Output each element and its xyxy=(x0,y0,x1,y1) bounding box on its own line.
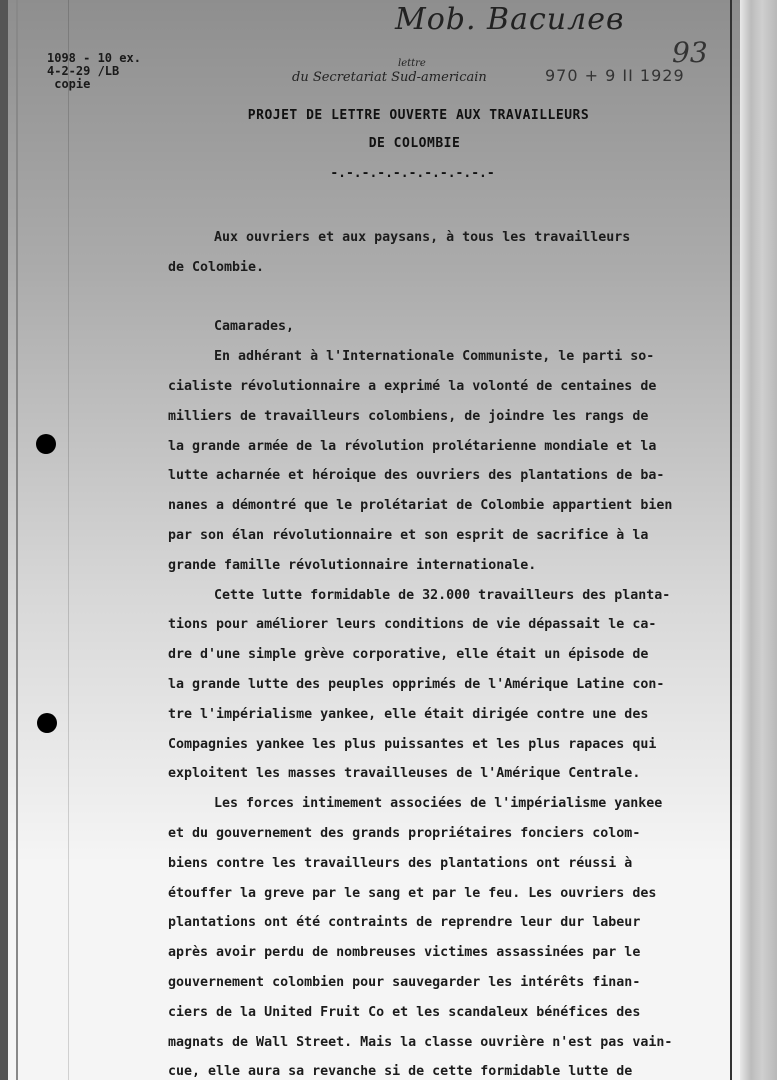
text-line: par son élan révolutionnaire et son espr… xyxy=(168,521,728,551)
greeting-line: de Colombie. xyxy=(168,253,728,283)
margin-line-faint xyxy=(68,0,69,1080)
text-line: exploitent les masses travailleuses de l… xyxy=(168,759,728,789)
text-line: et du gouvernement des grands propriétai… xyxy=(168,819,728,849)
text-line: Compagnies yankee les plus puissantes et… xyxy=(168,730,728,760)
reference-line: copie xyxy=(47,78,141,91)
text-line: la grande armée de la révolution proléta… xyxy=(168,432,728,462)
text-line: Cette lutte formidable de 32.000 travail… xyxy=(168,581,728,611)
text-line: biens contre les travailleurs des planta… xyxy=(168,849,728,879)
text-line: cialiste révolutionnaire a exprimé la vo… xyxy=(168,372,728,402)
scan-left-edge xyxy=(0,0,8,1080)
handwritten-note: du Secretariat Sud-americain xyxy=(292,70,487,85)
document-title: PROJET DE LETTRE OUVERTE AUX TRAVAILLEUR… xyxy=(30,108,777,123)
text-line: ciers de la United Fruit Co et les scand… xyxy=(168,998,728,1028)
scan-right-edge xyxy=(740,0,777,1080)
text-line: dre d'une simple grève corporative, elle… xyxy=(168,640,728,670)
punch-hole-icon xyxy=(37,713,57,733)
text-line: grande famille révolutionnaire internati… xyxy=(168,551,728,581)
text-line: cue, elle aura sa revanche si de cette f… xyxy=(168,1057,728,1080)
handwritten-note-above: lettre xyxy=(398,58,426,69)
text-line: tre l'impérialisme yankee, elle était di… xyxy=(168,700,728,730)
document-subtitle: DE COLOMBIE xyxy=(26,136,777,151)
text-line: après avoir perdu de nombreuses victimes… xyxy=(168,938,728,968)
paragraph: En adhérant à l'Internationale Communist… xyxy=(168,342,728,580)
text-line: étouffer la greve par le sang et par le … xyxy=(168,879,728,909)
archive-stamp: 970 + 9 II 1929 xyxy=(545,66,685,85)
punch-hole-icon xyxy=(36,434,56,454)
text-line: la grande lutte des peuples opprimés de … xyxy=(168,670,728,700)
text-line: lutte acharnée et héroique des ouvriers … xyxy=(168,461,728,491)
text-line: Les forces intimement associées de l'imp… xyxy=(168,789,728,819)
handwritten-header: Mob. Bacилев xyxy=(395,2,624,37)
text-line: En adhérant à l'Internationale Communist… xyxy=(168,342,728,372)
scanned-document-page: 1098 - 10 ex.4-2-29 /LB copie Mob. Bacил… xyxy=(0,0,777,1080)
text-line: plantations ont été contraints de repren… xyxy=(168,908,728,938)
handwritten-page-number: 93 xyxy=(672,36,708,69)
margin-line xyxy=(16,0,18,1080)
paragraph: Les forces intimement associées de l'imp… xyxy=(168,789,728,1080)
text-line: milliers de travailleurs colombiens, de … xyxy=(168,402,728,432)
letter-body: Aux ouvriers et aux paysans, à tous les … xyxy=(168,223,728,1080)
text-line: gouvernement colombien pour sauvegarder … xyxy=(168,968,728,998)
text-line: nanes a démontré que le prolétariat de C… xyxy=(168,491,728,521)
document-reference: 1098 - 10 ex.4-2-29 /LB copie xyxy=(47,52,141,91)
paragraph: Cette lutte formidable de 32.000 travail… xyxy=(168,581,728,790)
title-separator: -.-.-.-.-.-.-.-.-.-.- xyxy=(24,166,777,181)
text-line: tions pour améliorer leurs conditions de… xyxy=(168,610,728,640)
greeting-line: Aux ouvriers et aux paysans, à tous les … xyxy=(168,223,728,253)
salutation: Camarades, xyxy=(168,312,728,342)
right-margin-rule xyxy=(730,0,732,1080)
text-line: magnats de Wall Street. Mais la classe o… xyxy=(168,1028,728,1058)
